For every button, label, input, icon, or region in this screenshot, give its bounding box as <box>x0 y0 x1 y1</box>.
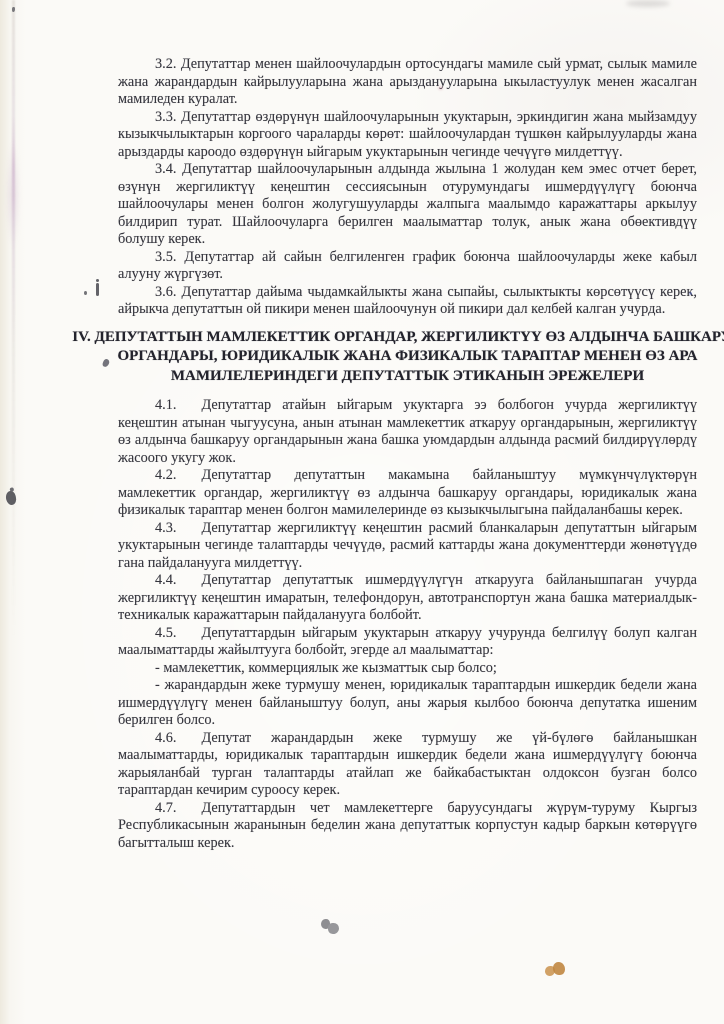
paragraph-number: 4.4. <box>155 572 176 588</box>
bullet-item-private-life: - жарандардын жеке турмушу менен, юридик… <box>118 677 697 730</box>
paragraph-text: Депутаттар шайлоочуларынын алдында жылын… <box>118 161 697 247</box>
paragraph-text: Депутаттар ай сайын белгиленген график б… <box>118 249 697 283</box>
pink-speck <box>438 86 443 90</box>
paragraph-number: 3.4. <box>155 161 176 177</box>
margin-ink-blob <box>4 490 17 506</box>
paragraph-3-6: 3.6. Депутаттар дайыма чыдамкайлыкты жан… <box>118 284 697 319</box>
bottom-ink-blot <box>321 917 341 935</box>
document-page-text: 3.2. Депутаттар менен шайлоочулардын орт… <box>118 56 697 852</box>
paragraph-3-2: 3.2. Депутаттар менен шайлоочулардын орт… <box>118 56 697 109</box>
paragraph-text: Депутаттар менен шайлоочулардын ортосунд… <box>118 56 697 107</box>
paragraph-text: Депутаттардын ыйгарым укуктарын аткаруу … <box>118 625 697 659</box>
paragraph-text: Депутаттар депутаттык ишмердүүлүгүн атка… <box>118 572 697 623</box>
paragraph-4-2: 4.2.Депутаттар депутаттын макамына байла… <box>118 467 697 520</box>
section-iv-heading: IV. ДЕПУТАТТЫН МАМЛЕКЕТТИК ОРГАНДАР, ЖЕР… <box>66 328 724 387</box>
paragraph-4-6: 4.6.Депутат жарандардын жеке турмушу же … <box>118 730 697 800</box>
paragraph-text: Депутаттар жергиликтүү кеңештин расмий б… <box>118 520 697 571</box>
paragraph-number: 4.3. <box>155 520 176 536</box>
paragraph-3-4: 3.4. Депутаттар шайлоочуларынын алдында … <box>118 161 697 249</box>
paragraph-4-5: 4.5.Депутаттардын ыйгарым укуктарын атка… <box>118 625 697 660</box>
paragraph-number: 3.6. <box>155 284 176 300</box>
paragraph-text: Депутаттардын чет мамлекеттерге баруусун… <box>118 800 697 851</box>
paragraph-number: 4.2. <box>155 467 176 483</box>
paragraph-text: Депутаттар депутаттын макамына байланышт… <box>118 467 697 518</box>
paragraph-text: Депутаттар дайыма чыдамкайлыкты жана сып… <box>118 284 697 318</box>
paragraph-number: 3.3. <box>155 109 176 125</box>
paragraph-text: Депутаттар өздөрүнүн шайлоочуларынын уку… <box>118 109 697 160</box>
paragraph-3-3: 3.3. Депутаттар өздөрүнүн шайлоочуларыны… <box>118 109 697 162</box>
margin-ink-dot <box>84 291 87 295</box>
bullet-item-state-secret: - мамлекеттик, коммерциялык же кызматтык… <box>118 660 697 678</box>
margin-ink-mark <box>96 283 99 296</box>
paragraph-4-4: 4.4.Депутаттар депутаттык ишмердүүлүгүн … <box>118 572 697 625</box>
paragraph-number: 4.5. <box>155 625 176 641</box>
paragraph-text: Депутат жарандардын жеке турмушу же үй-б… <box>118 730 697 799</box>
blue-speck <box>689 292 692 295</box>
paragraph-number: 4.6. <box>155 730 176 746</box>
paragraph-number: 3.2. <box>155 56 176 72</box>
paragraph-4-1: 4.1.Депутаттар атайын ыйгарым укуктарга … <box>118 397 697 467</box>
paragraph-number: 3.5. <box>155 249 176 265</box>
bullet-text: - жарандардын жеке турмушу менен, юридик… <box>118 677 697 728</box>
fold-smudge <box>6 140 20 250</box>
paragraph-text: Депутаттар атайын ыйгарым укуктарга ээ б… <box>118 397 697 466</box>
tan-stain <box>545 962 565 979</box>
paragraph-number: 4.7. <box>155 800 176 816</box>
paragraph-number: 4.1. <box>155 397 176 413</box>
paragraph-4-3: 4.3.Депутаттар жергиликтүү кеңештин расм… <box>118 520 697 573</box>
top-edge-smudge <box>626 0 670 7</box>
bullet-text: - мамлекеттик, коммерциялык же кызматтык… <box>155 660 497 676</box>
fold-crease-line <box>12 0 15 640</box>
paragraph-4-7: 4.7.Депутаттардын чет мамлекеттерге бару… <box>118 800 697 853</box>
paragraph-3-5: 3.5. Депутаттар ай сайын белгиленген гра… <box>118 249 697 284</box>
